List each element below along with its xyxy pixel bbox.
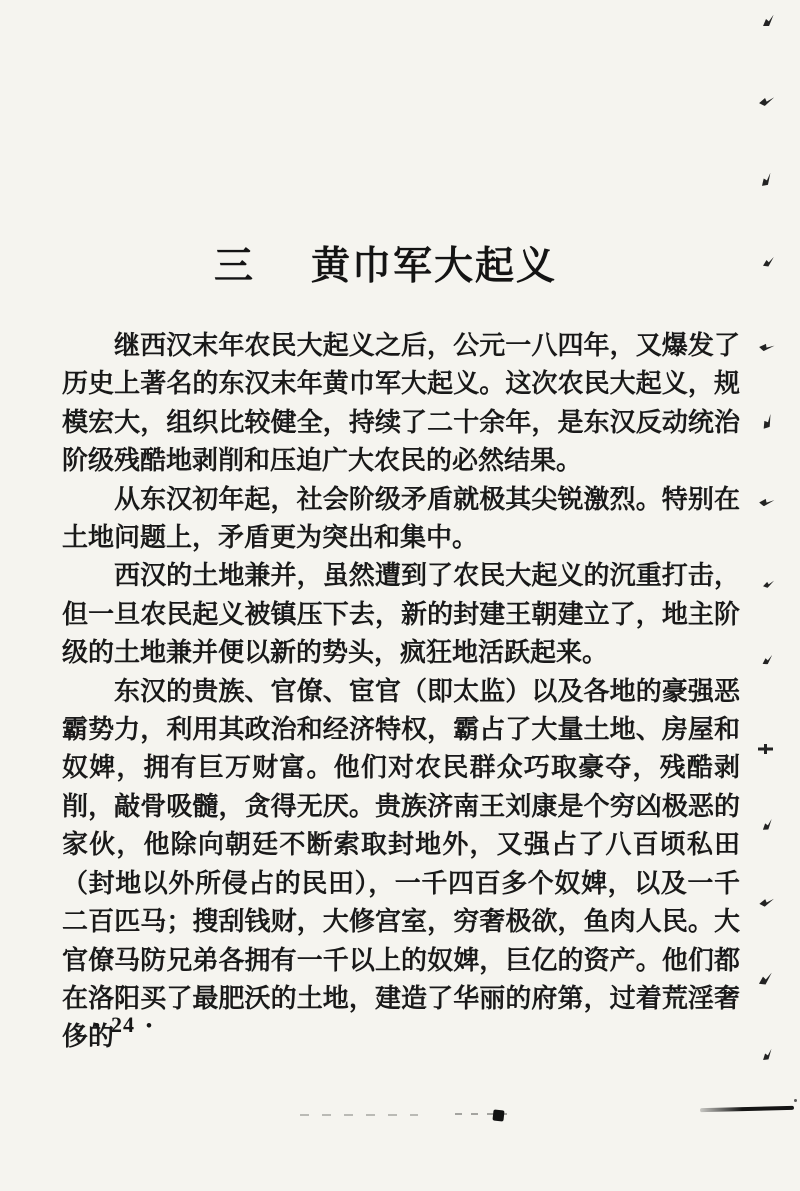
edge-ink-mark	[763, 579, 774, 588]
edge-ink-mark	[762, 257, 775, 267]
edge-ink-mark	[759, 896, 774, 909]
edge-ink-mark	[761, 15, 776, 28]
book-page: 三黄巾军大起义 继西汉末年农民大起义之后，公元一八四年，又爆发了历史上著名的东汉…	[0, 0, 800, 1191]
section-title-text: 黄巾军大起义	[311, 245, 557, 288]
edge-ink-mark	[761, 655, 773, 665]
edge-ink-mark	[759, 173, 775, 187]
paragraph-1: 继西汉末年农民大起义之后，公元一八四年，又爆发了历史上著名的东汉末年黄巾军大起义…	[62, 327, 740, 481]
edge-ink-mark	[758, 340, 774, 355]
smudge-tick	[794, 1099, 797, 1102]
edge-ink-mark	[761, 819, 775, 831]
smudge-blob	[492, 1109, 504, 1121]
footer-dot-right: •	[146, 1017, 152, 1034]
edge-ink-mark	[759, 414, 776, 430]
page-footer: • 24 •	[94, 1014, 152, 1036]
edge-ink-mark	[758, 973, 774, 986]
smudge-dashes	[300, 1114, 418, 1116]
edge-ink-mark	[759, 495, 775, 509]
paragraph-3: 西汉的土地兼并，虽然遭到了农民大起义的沉重打击，但一旦农民起义被镇压下去，新的封…	[62, 557, 740, 672]
edge-ink-mark	[760, 1049, 774, 1061]
paragraph-2: 从东汉初年起，社会阶级矛盾就极其尖锐激烈。特别在土地问题上，矛盾更为突出和集中。	[62, 481, 740, 558]
page-number: 24	[111, 1014, 135, 1036]
section-number: 三	[214, 245, 255, 288]
paragraph-4: 东汉的贵族、官僚、宦官（即太监）以及各地的豪强恶霸势力，利用其政治和经济特权，霸…	[62, 673, 740, 1057]
body-text: 继西汉末年农民大起义之后，公元一八四年，又爆发了历史上著名的东汉末年黄巾军大起义…	[62, 327, 740, 1057]
edge-ink-mark	[759, 94, 775, 107]
footer-dot-left: •	[94, 1017, 100, 1034]
smudge-line	[700, 1106, 794, 1112]
section-title: 三黄巾军大起义	[64, 243, 740, 291]
edge-ink-mark	[758, 744, 773, 754]
